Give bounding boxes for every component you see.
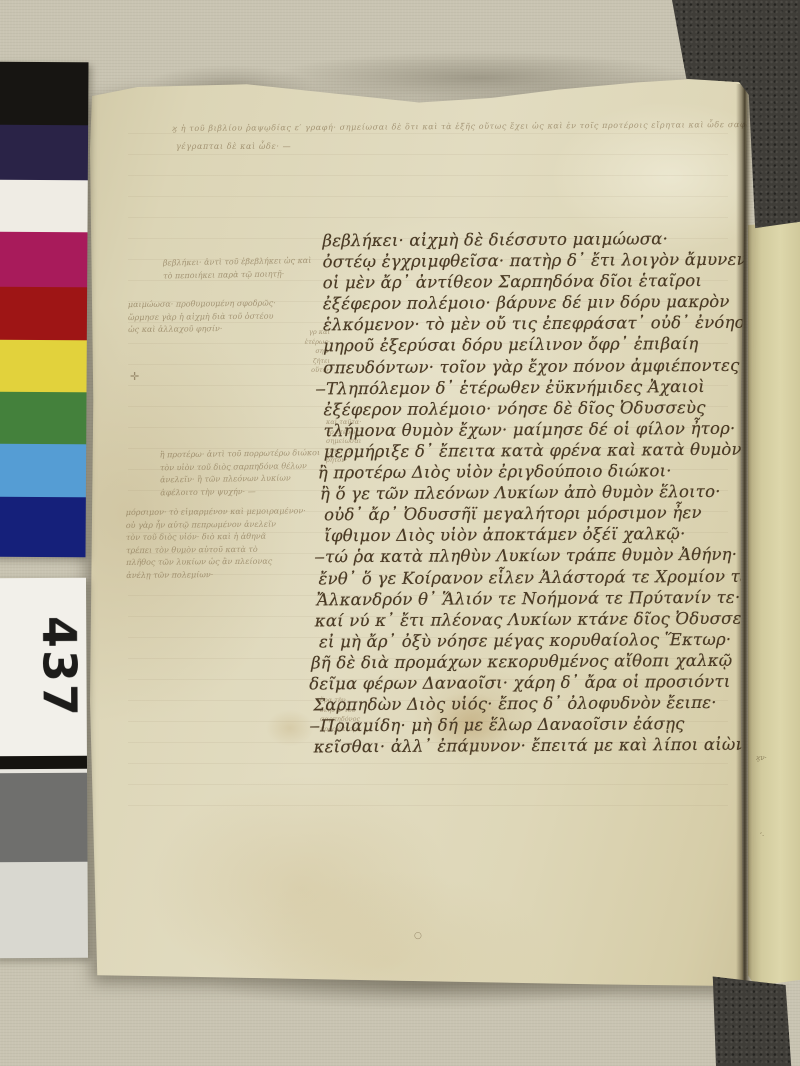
swatch-white bbox=[0, 180, 88, 233]
showthrough-ink: ϗν· bbox=[756, 754, 767, 762]
scholion-block: μόρσιμον· τὸ εἱμαρμένον καὶ μεμοιραμένον… bbox=[126, 505, 343, 582]
marginal-cross-mark: ✛ bbox=[130, 370, 139, 383]
swatch-dark-indigo bbox=[0, 125, 88, 181]
marginal-gloss: γρ καὶἑτέρως·σημ· ζήτειοὕτω· bbox=[264, 328, 330, 376]
text-line: κεῖσθαι· ἀλλ᾽ ἐπάμυνον· ἔπειτά με καὶ λί… bbox=[313, 734, 749, 758]
header-annotation: ϗ ἡ τοῦ βιβλίου ῥαψῳδίας ε′ γραφή· σημεί… bbox=[172, 120, 748, 133]
manuscript-photograph: ϗν· ʹ· ϗ ἡ τοῦ βιβλίου ῥαψῳδίας ε′ γραφή… bbox=[0, 0, 800, 1066]
swatch-light-blue bbox=[0, 444, 86, 498]
text-line: βῆ δὲ διὰ προμάχων κεκορυθμένος αἴθοπι χ… bbox=[311, 650, 749, 674]
text-line: καί νύ κ᾽ ἔτι πλέονας Λυκίων κτάνε δῖος … bbox=[315, 607, 749, 631]
grayscale-light-gray bbox=[0, 862, 88, 959]
text-line: ἐξέφερον πολέμοιο· βάρυνε δέ μιν δόρυ μα… bbox=[323, 291, 747, 315]
grayscale-black bbox=[0, 756, 87, 770]
header-annotation: γέγραπται δὲ καὶ ὧδε· — bbox=[176, 142, 291, 151]
text-line: οὐδ᾽ ἄρ᾽ Ὀδυσσῆϊ μεγαλήτορι μόρσιμον ἦεν bbox=[324, 502, 748, 526]
verse-text-block: βεβλήκει· αἰχμὴ δὲ διέσσυτο μαιμώωσα· ὀσ… bbox=[322, 228, 749, 758]
showthrough-ink: ʹ· bbox=[760, 832, 764, 840]
text-line: ὀστέῳ ἐγχριμφθεῖσα· πατὴρ δ᾽ ἔτι λοιγὸν … bbox=[323, 249, 747, 273]
swatch-green bbox=[0, 392, 86, 445]
text-line: βεβλήκει· αἰχμὴ δὲ διέσσυτο μαιμώωσα· bbox=[322, 228, 746, 252]
text-line: ἑλκόμενον· τὸ μὲν οὔ τις ἐπεφράσατ᾽ οὐδ᾽… bbox=[323, 312, 747, 336]
facing-page-edge: ϗν· ʹ· bbox=[748, 222, 800, 986]
text-line: μερμήριξε δ᾽ ἔπειτα κατὰ φρένα καὶ κατὰ … bbox=[324, 439, 748, 463]
swatch-dark-red bbox=[0, 287, 87, 341]
text-line: ἢ προτέρω Διὸς υἱὸν ἐριγδούποιο διώκοι· bbox=[318, 460, 748, 484]
grayscale-label-card: 437 bbox=[0, 578, 88, 958]
swatch-magenta bbox=[0, 232, 87, 288]
grayscale-gray bbox=[0, 773, 87, 863]
swatch-yellow bbox=[0, 340, 87, 393]
quire-ring-mark: ○ bbox=[414, 931, 422, 941]
scholion-block: βεβλήκει· ἀντὶ τοῦ ἐβεβλήκει ὡς καὶτὸ πε… bbox=[163, 255, 335, 283]
text-line: ‒τώ ῥα κατὰ πληθὺν Λυκίων τράπε θυμὸν Ἀθ… bbox=[314, 544, 748, 568]
text-line: σπευδόντων· τοῖον γὰρ ἔχον πόνον ἀμφιέπο… bbox=[323, 354, 747, 378]
text-line: Ἄλκανδρόν θ᾽ Ἅλιόν τε Νοήμονά τε Πρύτανί… bbox=[317, 586, 749, 610]
text-line: ‒Πριαμίδη· μὴ δή με ἕλωρ Δαναοῖσιν ἐάσῃς bbox=[309, 713, 749, 737]
shelfmark-text: 437 bbox=[32, 616, 87, 718]
text-line: ἐξέφερον πολέμοιο· νόησε δὲ δῖος Ὀδυσσεὺ… bbox=[323, 396, 747, 420]
text-line: ‒Τληπόλεμον δ᾽ ἑτέρωθεν ἐϋκνήμιδες Ἀχαιο… bbox=[315, 375, 747, 399]
text-line: εἰ μὴ ἄρ᾽ ὀξὺ νόησε μέγας κορυθαίολος Ἕκ… bbox=[319, 628, 749, 652]
text-line: δεῖμα φέρων Δαναοῖσι· χάρη δ᾽ ἄρα οἱ προ… bbox=[309, 671, 749, 695]
text-line: τλήμονα θυμὸν ἔχων· μαίμησε δέ οἱ φίλον … bbox=[324, 418, 748, 442]
color-calibration-bar bbox=[0, 62, 89, 558]
swatch-black bbox=[0, 62, 89, 126]
text-line: ἴφθιμον Διὸς υἱὸν ἀποκτάμεν ὀξέϊ χαλκῷ· bbox=[324, 523, 748, 547]
text-line: ἔνθ᾽ ὅ γε Κοίρανον εἷλεν Ἀλάστορά τε Χρο… bbox=[318, 565, 748, 589]
text-line: μηροῦ ἐξερύσαι δόρυ μείλινον ὄφρ᾽ ἐπιβαί… bbox=[323, 333, 747, 357]
text-line: οἱ μὲν ἄρ᾽ ἀντίθεον Σαρπηδόνα δῖοι ἑταῖρ… bbox=[323, 270, 747, 294]
manuscript-page: ϗ ἡ τοῦ βιβλίου ῥαψῳδίας ε′ γραφή· σημεί… bbox=[88, 76, 750, 988]
text-line: ἢ ὅ γε τῶν πλεόνων Λυκίων ἀπὸ θυμὸν ἕλοι… bbox=[320, 481, 748, 505]
shelfmark-label: 437 bbox=[0, 578, 87, 757]
text-line: Σαρπηδὼν Διὸς υἱός· ἔπος δ᾽ ὀλοφυδνὸν ἔε… bbox=[313, 692, 749, 716]
page-gutter-shadow bbox=[736, 84, 752, 986]
swatch-dark-blue bbox=[0, 497, 86, 558]
